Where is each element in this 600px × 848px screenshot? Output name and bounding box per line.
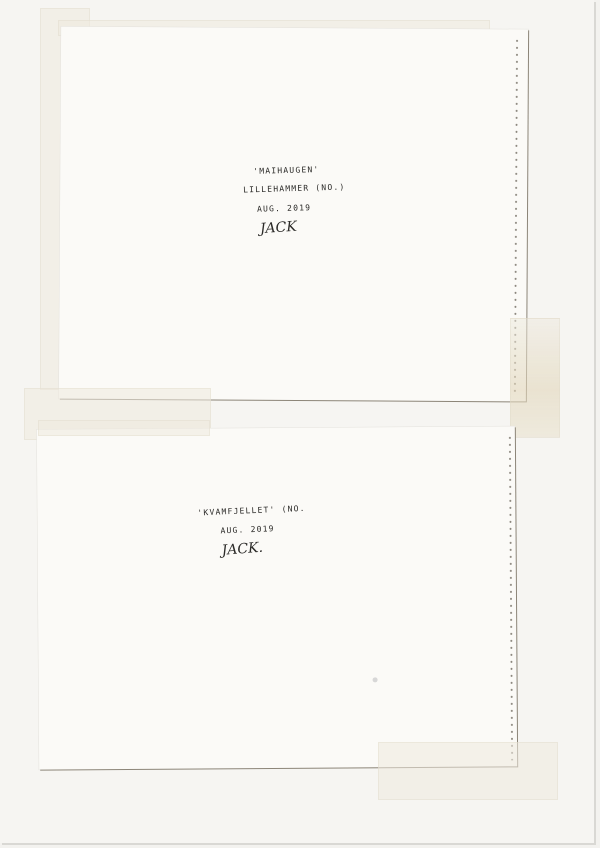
top-title: 'MAIHAUGEN' [253, 165, 319, 176]
tape-bottom [378, 742, 558, 800]
top-location: LILLEHAMMER (NO.) [243, 183, 345, 195]
bottom-artwork-sheet: 'KVAMFJELLET' (NO. AUG. 2019 JACK. [37, 426, 517, 769]
perforation-edge [509, 434, 513, 760]
top-date: AUG. 2019 [257, 203, 311, 214]
ink-smudge [373, 677, 378, 682]
scan-backing-board: 'MAIHAUGEN' LILLEHAMMER (NO.) AUG. 2019 … [0, 0, 594, 843]
tape-right-join [510, 318, 560, 438]
top-artwork-sheet: 'MAIHAUGEN' LILLEHAMMER (NO.) AUG. 2019 … [59, 27, 528, 402]
bottom-signature: JACK. [221, 540, 263, 559]
bottom-title: 'KVAMFJELLET' (NO. [197, 504, 306, 518]
bottom-date: AUG. 2019 [220, 524, 274, 535]
top-signature: JACK [259, 219, 297, 237]
tape-top-left-small [38, 420, 210, 436]
